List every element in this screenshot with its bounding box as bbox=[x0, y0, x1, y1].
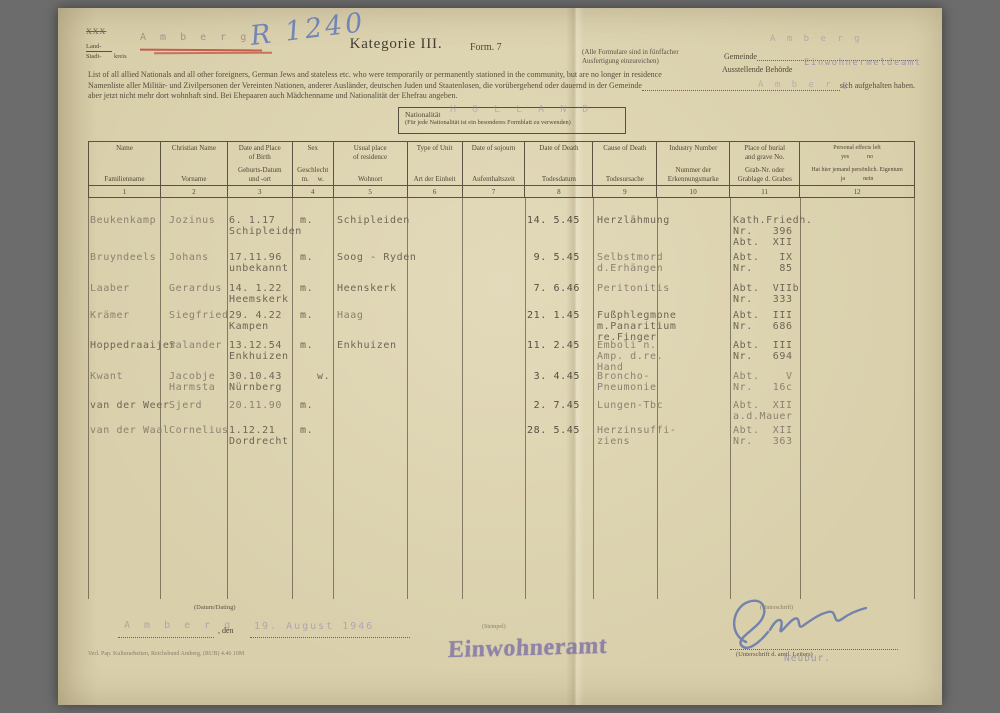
cell-birth: 20.11.90 bbox=[229, 400, 282, 411]
land-label: Land- bbox=[86, 43, 102, 50]
col-number: 12 bbox=[800, 186, 915, 197]
column-rule bbox=[730, 198, 731, 599]
column-rule bbox=[333, 198, 334, 599]
cell-birth: 29. 4.22 Kampen bbox=[229, 310, 282, 332]
cell-birth: 13.12.54 Enkhuizen bbox=[229, 340, 289, 362]
cell-christian-name: Gerardus bbox=[169, 283, 222, 294]
scan-background: XXX Land- Stadt- kreis A m b e r g R 124… bbox=[0, 0, 1000, 713]
nationality-note: (Für jede Nationalität ist ein besondere… bbox=[405, 119, 619, 127]
einwohneramt-stamp: Einwohneramt bbox=[447, 633, 607, 664]
col-number: 2 bbox=[161, 186, 228, 197]
col-header-unit: Type of UnitArt der Einheit bbox=[408, 142, 463, 185]
typed-district-name: A m b e r g bbox=[140, 32, 250, 43]
stamp-note: (Stempel) bbox=[482, 624, 506, 630]
cell-death-date: 9. 5.45 bbox=[516, 252, 580, 263]
typed-gemeinde: A m b e r g bbox=[770, 34, 863, 44]
cell-death-cause: Herzinsuffi- ziens bbox=[597, 425, 676, 447]
column-number-row: 1 2 3 4 5 6 7 8 9 10 11 12 bbox=[88, 186, 915, 198]
col-number: 1 bbox=[89, 186, 161, 197]
scanned-form: XXX Land- Stadt- kreis A m b e r g R 124… bbox=[58, 8, 942, 705]
cell-name: Beukenkamp bbox=[90, 215, 156, 226]
col-number: 10 bbox=[657, 186, 730, 197]
cell-name: Bruyndeels bbox=[90, 252, 156, 263]
column-rule bbox=[292, 198, 293, 599]
cell-burial: Abt. XII a.d.Mauer bbox=[733, 400, 793, 422]
form-number: Form. 7 bbox=[470, 42, 502, 53]
typed-date: 19. August 1946 bbox=[254, 621, 374, 632]
col-number: 8 bbox=[525, 186, 593, 197]
col-header-birth: Date and Place of BirthGeburts-Datum und… bbox=[228, 142, 293, 185]
cell-christian-name: Salander bbox=[169, 340, 222, 351]
cell-name: Krämer bbox=[90, 310, 130, 321]
intro-line-english: List of all allied Nationals and all oth… bbox=[88, 70, 915, 81]
cell-death-date: 11. 2.45 bbox=[516, 340, 580, 351]
col-number: 3 bbox=[228, 186, 293, 197]
column-rule bbox=[800, 198, 801, 599]
signature-line bbox=[730, 649, 898, 650]
intro-line-german-tail: sich aufgehalten haben. bbox=[840, 81, 915, 92]
cell-death-cause: Broncho- Pneumonie bbox=[597, 371, 657, 393]
col-number: 5 bbox=[334, 186, 408, 197]
cell-name: van der Waal bbox=[90, 425, 169, 436]
stadt-label: Stadt- bbox=[86, 53, 102, 60]
cell-christian-name: Jacobje Harmsta bbox=[169, 371, 215, 393]
cell-christian-name: Jozinus bbox=[169, 215, 215, 226]
cell-sex: w. bbox=[317, 371, 330, 382]
cell-residence: Haag bbox=[337, 310, 363, 321]
cell-christian-name: Johans bbox=[169, 252, 209, 263]
intro-line-german: Namenliste aller Militär- und Zivilperso… bbox=[88, 81, 642, 92]
cell-christian-name: Sjerd bbox=[169, 400, 202, 411]
cell-death-date: 14. 5.45 bbox=[516, 215, 580, 226]
col-header-residence: Usual place of residenceWohnort bbox=[334, 142, 408, 185]
typed-behoerde: Einwohnermeldeamt bbox=[804, 58, 922, 68]
cell-sex: m. bbox=[300, 400, 313, 411]
column-rule bbox=[914, 198, 915, 599]
cell-birth: 30.10.43 Nürnberg bbox=[229, 371, 282, 393]
col-number: 6 bbox=[408, 186, 463, 197]
col-header-christian-name: Christian NameVorname bbox=[161, 142, 228, 185]
intro-paragraph: List of all allied Nationals and all oth… bbox=[88, 70, 915, 102]
crossed-out-text: XXX bbox=[86, 27, 106, 36]
column-rule bbox=[227, 198, 228, 599]
col-header-death-date: Date of DeathTodesdatum bbox=[525, 142, 593, 185]
den-label: , den bbox=[218, 626, 234, 635]
cell-death-cause: Peritonitis bbox=[597, 283, 670, 294]
signature-scrawl bbox=[726, 592, 896, 654]
col-header-death-cause: Cause of DeathTodesursache bbox=[593, 142, 657, 185]
cell-name: Kwant bbox=[90, 371, 123, 382]
fraction-bar bbox=[86, 51, 112, 52]
col-header-industry-number: Industry NumberNummer der Erkennungsmark… bbox=[657, 142, 730, 185]
col-header-effects: Personal effects left yes noHat hier jem… bbox=[800, 142, 915, 185]
col-header-name: NameFamilienname bbox=[89, 142, 161, 185]
cell-death-date: 21. 1.45 bbox=[516, 310, 580, 321]
cell-sex: m. bbox=[300, 252, 313, 263]
cell-death-cause: Selbstmord d.Erhängen bbox=[597, 252, 663, 274]
cell-death-date: 3. 4.45 bbox=[516, 371, 580, 382]
column-rule bbox=[160, 198, 161, 599]
cell-burial: Abt. XII Nr. 363 bbox=[733, 425, 793, 447]
cell-sex: m. bbox=[300, 215, 313, 226]
cell-residence: Soog - Ryden bbox=[337, 252, 416, 263]
printer-imprint: Verl. Pap. Kulturarbeiten, Reichsbund Am… bbox=[88, 651, 244, 657]
cell-birth: 14. 1.22 Heemskerk bbox=[229, 283, 289, 305]
column-rule bbox=[593, 198, 594, 599]
col-number: 11 bbox=[730, 186, 800, 197]
typed-nationality: H O L L A N D bbox=[450, 104, 593, 115]
copies-note: (Alle Formulare sind in fünffacher Ausfe… bbox=[582, 48, 679, 66]
table-header: NameFamilienname Christian NameVorname D… bbox=[88, 141, 915, 186]
cell-christian-name: Siegfried bbox=[169, 310, 229, 321]
place-blank-line bbox=[118, 637, 214, 638]
cell-death-date: 7. 6.46 bbox=[516, 283, 580, 294]
red-underline bbox=[154, 52, 272, 55]
cell-name: Hoppedraaijer bbox=[90, 340, 176, 351]
column-rule bbox=[88, 198, 89, 599]
cell-burial: Abt. VIIb Nr. 333 bbox=[733, 283, 799, 305]
cell-burial: Abt. V Nr. 16c bbox=[733, 371, 793, 393]
col-number: 4 bbox=[293, 186, 334, 197]
kreis-field: Land- Stadt- kreis bbox=[86, 43, 127, 60]
kreis-label: kreis bbox=[114, 53, 127, 60]
cell-burial: Abt. III Nr. 686 bbox=[733, 310, 793, 332]
cell-burial: Abt. IX Nr. 85 bbox=[733, 252, 793, 274]
cell-death-cause: Fußphlegmone m.Panaritium re.Finger bbox=[597, 310, 676, 343]
cell-death-cause: Herzlähmung bbox=[597, 215, 670, 226]
cell-sex: m. bbox=[300, 425, 313, 436]
cell-sex: m. bbox=[300, 340, 313, 351]
gemeinde-label: Gemeinde bbox=[724, 52, 757, 61]
cell-birth: 17.11.96 unbekannt bbox=[229, 252, 289, 274]
cell-christian-name: Cornelius bbox=[169, 425, 229, 436]
typed-signer-name: Neubur. bbox=[784, 653, 831, 664]
cell-death-date: 28. 5.45 bbox=[516, 425, 580, 436]
cell-residence: Enkhuizen bbox=[337, 340, 397, 351]
cell-birth: 1.12.21 Dordrecht bbox=[229, 425, 289, 447]
date-field-label: (Datum/Dating) bbox=[194, 604, 236, 611]
col-header-burial: Place of burial and grave No.Grab-Nr. od… bbox=[730, 142, 800, 185]
col-number: 7 bbox=[463, 186, 526, 197]
column-rule bbox=[462, 198, 463, 599]
deaths-table: NameFamilienname Christian NameVorname D… bbox=[88, 141, 915, 599]
intro-blank-line bbox=[642, 82, 840, 91]
cell-residence: Schipleiden bbox=[337, 215, 410, 226]
date-blank-line bbox=[250, 637, 410, 638]
cell-birth: 6. 1.17 Schipleiden bbox=[229, 215, 302, 237]
form-title: Kategorie III. bbox=[306, 36, 486, 53]
col-number: 9 bbox=[593, 186, 657, 197]
cell-burial: Kath.Friedh. Nr. 396 Abt. XII bbox=[733, 215, 812, 248]
col-header-sex: SexGeschlecht m. w. bbox=[293, 142, 334, 185]
cell-name: van der Weer bbox=[90, 400, 169, 411]
cell-death-cause: Emboli n. Amp. d.re. Hand bbox=[597, 340, 663, 373]
cell-burial: Abt. III Nr. 694 bbox=[733, 340, 793, 362]
cell-death-cause: Lungen-Tbc bbox=[597, 400, 663, 411]
cell-sex: m. bbox=[300, 310, 313, 321]
cell-residence: Heenskerk bbox=[337, 283, 397, 294]
cell-death-date: 2. 7.45 bbox=[516, 400, 580, 411]
cell-name: Laaber bbox=[90, 283, 130, 294]
intro-line-german-2: aber jetzt nicht mehr dort wohnhaft sind… bbox=[88, 91, 915, 102]
col-header-sojourn: Date of sojournAufenthaltszeit bbox=[463, 142, 526, 185]
cell-sex: m. bbox=[300, 283, 313, 294]
